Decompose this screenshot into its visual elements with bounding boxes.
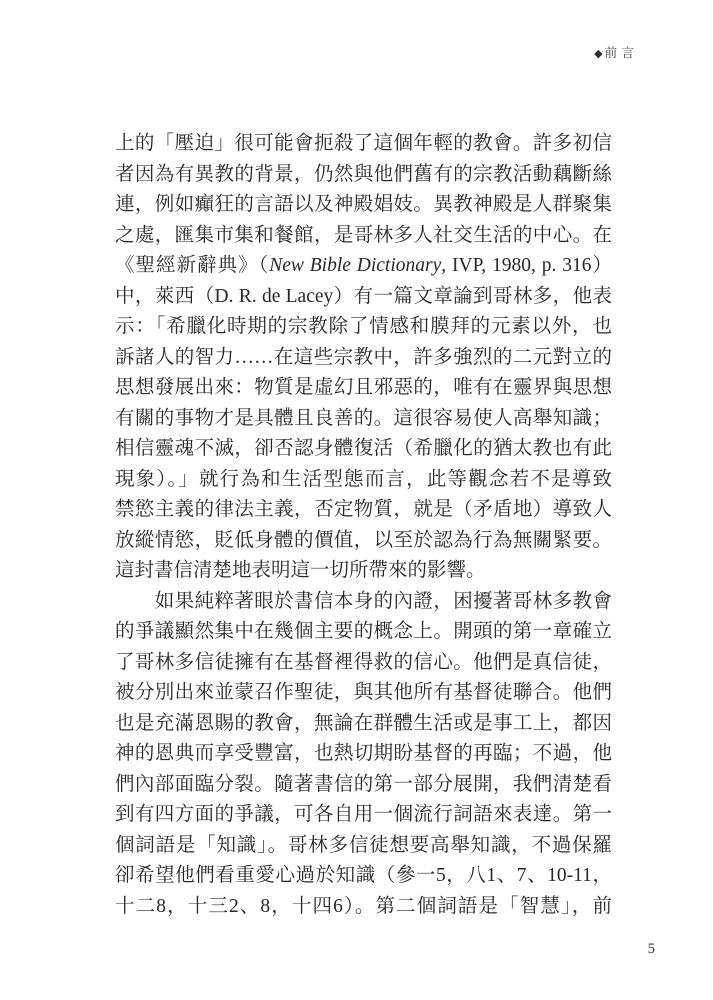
text-line: 被分別出來並蒙召作聖徒，與其他所有基督徒聯合。他們 (115, 678, 612, 709)
page-number: 5 (600, 941, 655, 958)
text-segment: 禁慾主義的律法主義，否定物質，就是（矛盾地）導致人 (115, 499, 612, 520)
running-header: ◆前言 (0, 45, 634, 62)
text-line: 示：「希臘化時期的宗教除了情感和膜拜的元素以外，也 (115, 312, 612, 343)
text-line: 十二8，十三2、8，十四6）。第二個詞語是「智慧」，前 (115, 892, 612, 923)
text-line: 相信靈魂不滅，卻否認身體復活（希臘化的猶太教也有此 (115, 434, 612, 465)
text-segment: 有關的事物才是具體且良善的。這很容易使人高舉知識； (115, 408, 612, 429)
text-segment: 相信靈魂不滅，卻否認身體復活（希臘化的猶太教也有此 (115, 438, 612, 459)
text-line: 放縱情慾，貶低身體的價值，以至於認為行為無關緊要。 (115, 526, 612, 557)
text-line: 上的「壓迫」很可能會扼殺了這個年輕的教會。許多初信 (115, 129, 612, 160)
text-line: 也是充滿恩賜的教會，無論在群體生活或是事工上，都因 (115, 709, 612, 740)
header-title: 前言 (605, 46, 639, 60)
text-line: 如果純粹著眼於書信本身的內證，困擾著哥林多教會 (115, 587, 612, 618)
text-segment: 到有四方面的爭議，可各自用一個流行詞語來表達。第一 (115, 804, 612, 825)
paragraph: 如果純粹著眼於書信本身的內證，困擾著哥林多教會的爭議顯然集中在幾個主要的概念上。… (115, 587, 612, 923)
text-line: 到有四方面的爭議，可各自用一個流行詞語來表達。第一 (115, 800, 612, 831)
text-segment: 《聖經新辭典》（ (115, 255, 269, 276)
text-segment: 現象）。」就行為和生活型態而言，此等觀念若不是導致 (115, 469, 612, 490)
text-segment: 者因為有異教的背景，仍然與他們舊有的宗教活動藕斷絲 (115, 164, 612, 185)
text-line: 中，萊西（D. R. de Lacey）有一篇文章論到哥林多，他表 (115, 282, 612, 313)
text-line: 連，例如癲狂的言語以及神殿娼妓。異教神殿是人群聚集 (115, 190, 612, 221)
text-segment: , IVP, 1980, p. 316） (441, 255, 612, 276)
text-line: 之處，匯集市集和餐館，是哥林多人社交生活的中心。在 (115, 221, 612, 252)
text-line: 現象）。」就行為和生活型態而言，此等觀念若不是導致 (115, 465, 612, 496)
paragraph: 上的「壓迫」很可能會扼殺了這個年輕的教會。許多初信者因為有異教的背景，仍然與他們… (115, 129, 612, 587)
text-segment: 上的「壓迫」很可能會扼殺了這個年輕的教會。許多初信 (115, 133, 612, 154)
text-line: 有關的事物才是具體且良善的。這很容易使人高舉知識； (115, 404, 612, 435)
text-segment: 示：「希臘化時期的宗教除了情感和膜拜的元素以外，也 (115, 316, 612, 337)
text-segment: 訴諸人的智力……在這些宗教中，許多強烈的二元對立的 (115, 347, 612, 368)
text-segment: 如果純粹著眼於書信本身的內證，困擾著哥林多教會 (115, 591, 612, 612)
text-line: 了哥林多信徒擁有在基督裡得救的信心。他們是真信徒， (115, 648, 612, 679)
text-segment: 中，萊西（D. R. de Lacey）有一篇文章論到哥林多，他表 (115, 286, 612, 307)
text-line: 《聖經新辭典》（New Bible Dictionary, IVP, 1980,… (115, 251, 612, 282)
text-line: 的爭議顯然集中在幾個主要的概念上。開頭的第一章確立 (115, 617, 612, 648)
text-segment: 之處，匯集市集和餐館，是哥林多人社交生活的中心。在 (115, 225, 612, 246)
text-segment: 思想發展出來：物質是虛幻且邪惡的，唯有在靈界與思想 (115, 377, 612, 398)
text-line: 者因為有異教的背景，仍然與他們舊有的宗教活動藕斷絲 (115, 160, 612, 191)
book-page: ◆前言 上的「壓迫」很可能會扼殺了這個年輕的教會。許多初信者因為有異教的背景，仍… (0, 0, 713, 1000)
text-line: 思想發展出來：物質是虛幻且邪惡的，唯有在靈界與思想 (115, 373, 612, 404)
text-line: 們內部面臨分裂。隨著書信的第一部分展開，我們清楚看 (115, 770, 612, 801)
body-text: 上的「壓迫」很可能會扼殺了這個年輕的教會。許多初信者因為有異教的背景，仍然與他們… (115, 129, 612, 922)
text-segment: 連，例如癲狂的言語以及神殿娼妓。異教神殿是人群聚集 (115, 194, 612, 215)
text-segment: 的爭議顯然集中在幾個主要的概念上。開頭的第一章確立 (115, 621, 612, 642)
text-line: 個詞語是「知識」。哥林多信徒想要高舉知識，不過保羅 (115, 831, 612, 862)
text-segment: 神的恩典而享受豐富，也熱切期盼基督的再臨；不過，他 (115, 743, 612, 764)
text-line: 訴諸人的智力……在這些宗教中，許多強烈的二元對立的 (115, 343, 612, 374)
text-segment: 十二8，十三2、8，十四6）。第二個詞語是「智慧」，前 (115, 896, 612, 917)
text-line: 禁慾主義的律法主義，否定物質，就是（矛盾地）導致人 (115, 495, 612, 526)
text-line: 這封書信清楚地表明這一切所帶來的影響。 (115, 556, 612, 587)
text-segment: 被分別出來並蒙召作聖徒，與其他所有基督徒聯合。他們 (115, 682, 612, 703)
text-segment: 們內部面臨分裂。隨著書信的第一部分展開，我們清楚看 (115, 774, 612, 795)
diamond-icon: ◆ (594, 48, 602, 60)
text-segment: 這封書信清楚地表明這一切所帶來的影響。 (115, 560, 486, 581)
text-line: 神的恩典而享受豐富，也熱切期盼基督的再臨；不過，他 (115, 739, 612, 770)
text-segment: 了哥林多信徒擁有在基督裡得救的信心。他們是真信徒， (115, 652, 612, 673)
text-segment: 個詞語是「知識」。哥林多信徒想要高舉知識，不過保羅 (115, 835, 612, 856)
text-line: 卻希望他們看重愛心過於知識（參一5，八1、7、10-11， (115, 861, 612, 892)
text-segment: 放縱情慾，貶低身體的價值，以至於認為行為無關緊要。 (115, 530, 612, 551)
text-segment: 也是充滿恩賜的教會，無論在群體生活或是事工上，都因 (115, 713, 612, 734)
italic-text-segment: New Bible Dictionary (269, 255, 441, 276)
text-segment: 卻希望他們看重愛心過於知識（參一5，八1、7、10-11， (115, 865, 612, 886)
